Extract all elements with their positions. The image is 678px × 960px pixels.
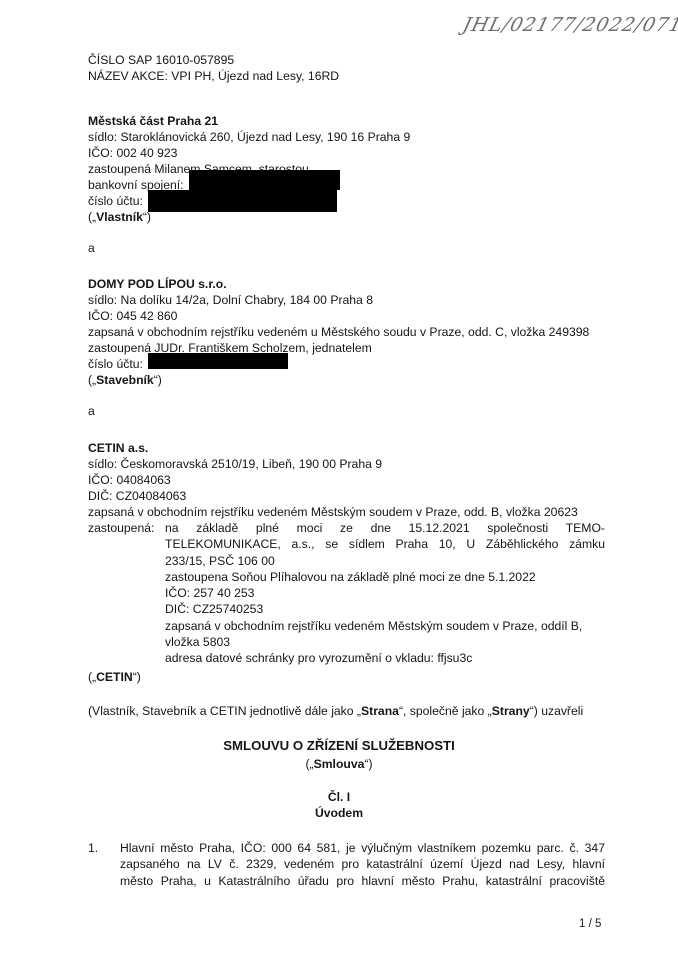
paragraph-1-body: Hlavní město Praha, IČO: 000 64 581, je …: [120, 840, 605, 889]
handwritten-reference-note: JHL/02177/2022/071: [458, 14, 666, 46]
page-number: 1 / 5: [579, 918, 601, 930]
builder-ico: IČO: 045 42 860: [88, 308, 177, 324]
paragraph-line: Hlavní město Praha, IČO: 000 64 581, je …: [120, 840, 605, 856]
representation-line: zastoupena Soňou Plíhalovou na základě p…: [165, 569, 605, 585]
cetin-represented-label: zastoupená:: [88, 520, 154, 536]
parties-summary: (Vlastník, Stavebník a CETIN jednotlivě …: [88, 703, 583, 719]
builder-alias: („Stavebník“): [88, 372, 162, 388]
cetin-registry: zapsaná v obchodním rejstříku vedeném Mě…: [88, 504, 578, 520]
representation-line: 233/15, PSČ 106 00: [165, 553, 605, 569]
cetin-representation-block: na základě plné moci ze dne 15.12.2021 s…: [165, 520, 605, 667]
contract-alias: („Smlouva“): [0, 756, 678, 772]
representation-line: IČO: 257 40 253: [165, 585, 605, 601]
builder-name: DOMY POD LÍPOU s.r.o.: [88, 276, 227, 292]
representation-line: DIČ: CZ25740253: [165, 601, 605, 617]
representation-line: adresa datové schránky pro vyrozumění o …: [165, 650, 605, 666]
owner-name: Městská část Praha 21: [88, 113, 218, 129]
article-title: Úvodem: [0, 805, 678, 821]
owner-seat: sídlo: Staroklánovická 260, Újezd nad Le…: [88, 129, 410, 145]
paragraph-line: zapsaného na LV č. 2329, vedeném pro kat…: [120, 856, 605, 872]
representation-line: TELEKOMUNIKACE, a.s., se sídlem Praha 10…: [165, 536, 605, 552]
redaction-owner-account: [148, 190, 337, 212]
paragraph-line: město Praha, u Katastrálního úřadu pro h…: [120, 873, 605, 889]
connector-and: a: [88, 240, 95, 256]
representation-line: vložka 5803: [165, 634, 605, 650]
connector-and: a: [88, 403, 95, 419]
representation-line: zapsaná v obchodním rejstříku vedeném Mě…: [165, 618, 605, 634]
cetin-name: CETIN a.s.: [88, 440, 148, 456]
representation-line: na základě plné moci ze dne 15.12.2021 s…: [165, 520, 605, 536]
action-name: NÁZEV AKCE: VPI PH, Újezd nad Lesy, 16RD: [88, 68, 339, 84]
cetin-seat: sídlo: Českomoravská 2510/19, Libeň, 190…: [88, 456, 382, 472]
builder-seat: sídlo: Na dolíku 14/2a, Dolní Chabry, 18…: [88, 292, 373, 308]
redaction-builder-account: [148, 353, 288, 369]
redaction-bank-connection: [189, 170, 340, 190]
builder-account-label: číslo účtu:: [88, 356, 143, 372]
builder-registry: zapsaná v obchodním rejstříku vedeném u …: [88, 324, 589, 340]
cetin-dic: DIČ: CZ04084063: [88, 488, 186, 504]
owner-account-label: číslo účtu:: [88, 193, 143, 209]
contract-title: SMLOUVU O ZŘÍZENÍ SLUŽEBNOSTI: [0, 738, 678, 754]
sap-number: ČÍSLO SAP 16010-057895: [88, 52, 234, 68]
cetin-alias: („CETIN“): [88, 669, 141, 685]
cetin-ico: IČO: 04084063: [88, 472, 171, 488]
owner-alias: („Vlastník“): [88, 209, 151, 225]
article-number: Čl. I: [0, 789, 678, 805]
owner-ico: IČO: 002 40 923: [88, 145, 177, 161]
paragraph-number: 1.: [88, 840, 98, 856]
